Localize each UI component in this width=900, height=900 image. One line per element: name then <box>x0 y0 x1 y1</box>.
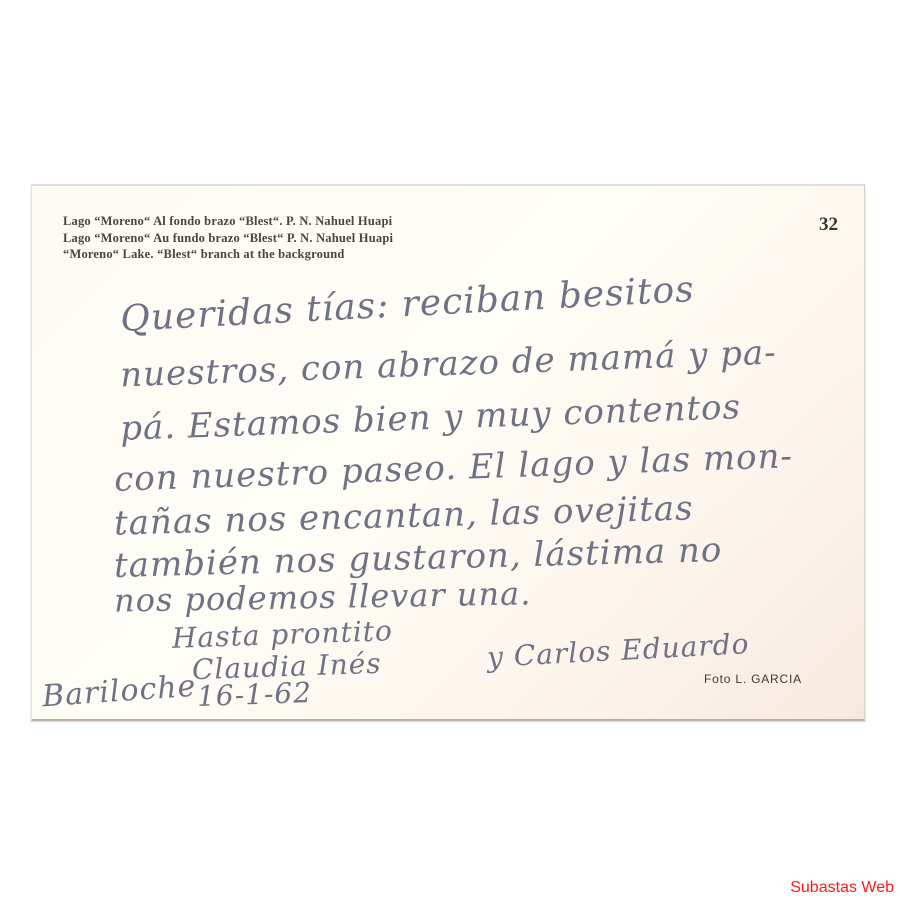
card-number: 32 <box>819 214 838 236</box>
handwritten-line: pá. Estamos bien y muy contentos <box>119 387 741 449</box>
handwritten-line: Queridas tías: reciban besitos <box>119 269 695 340</box>
printed-caption: Lago “Moreno“ Al fondo brazo “Blest“. P.… <box>63 213 393 263</box>
postcard-back: Lago “Moreno“ Al fondo brazo “Blest“. P.… <box>31 184 865 721</box>
handwritten-place: Bariloche <box>41 669 197 715</box>
handwritten-line: nuestros, con abrazo de mamá y pa- <box>120 333 778 396</box>
caption-line-portuguese: Lago “Moreno“ Au fundo brazo “Blest“ P. … <box>63 230 393 247</box>
caption-line-english: “Moreno“ Lake. “Blest“ branch at the bac… <box>63 246 393 263</box>
photo-credit: Foto L. GARCIA <box>704 672 802 686</box>
handwritten-signature-2: y Carlos Eduardo <box>486 627 750 674</box>
watermark: Subastas Web <box>790 879 894 897</box>
handwritten-line: nos podemos llevar una. <box>114 574 532 619</box>
handwritten-date: 16-1-62 <box>196 676 312 713</box>
caption-line-spanish: Lago “Moreno“ Al fondo brazo “Blest“. P.… <box>63 213 393 230</box>
